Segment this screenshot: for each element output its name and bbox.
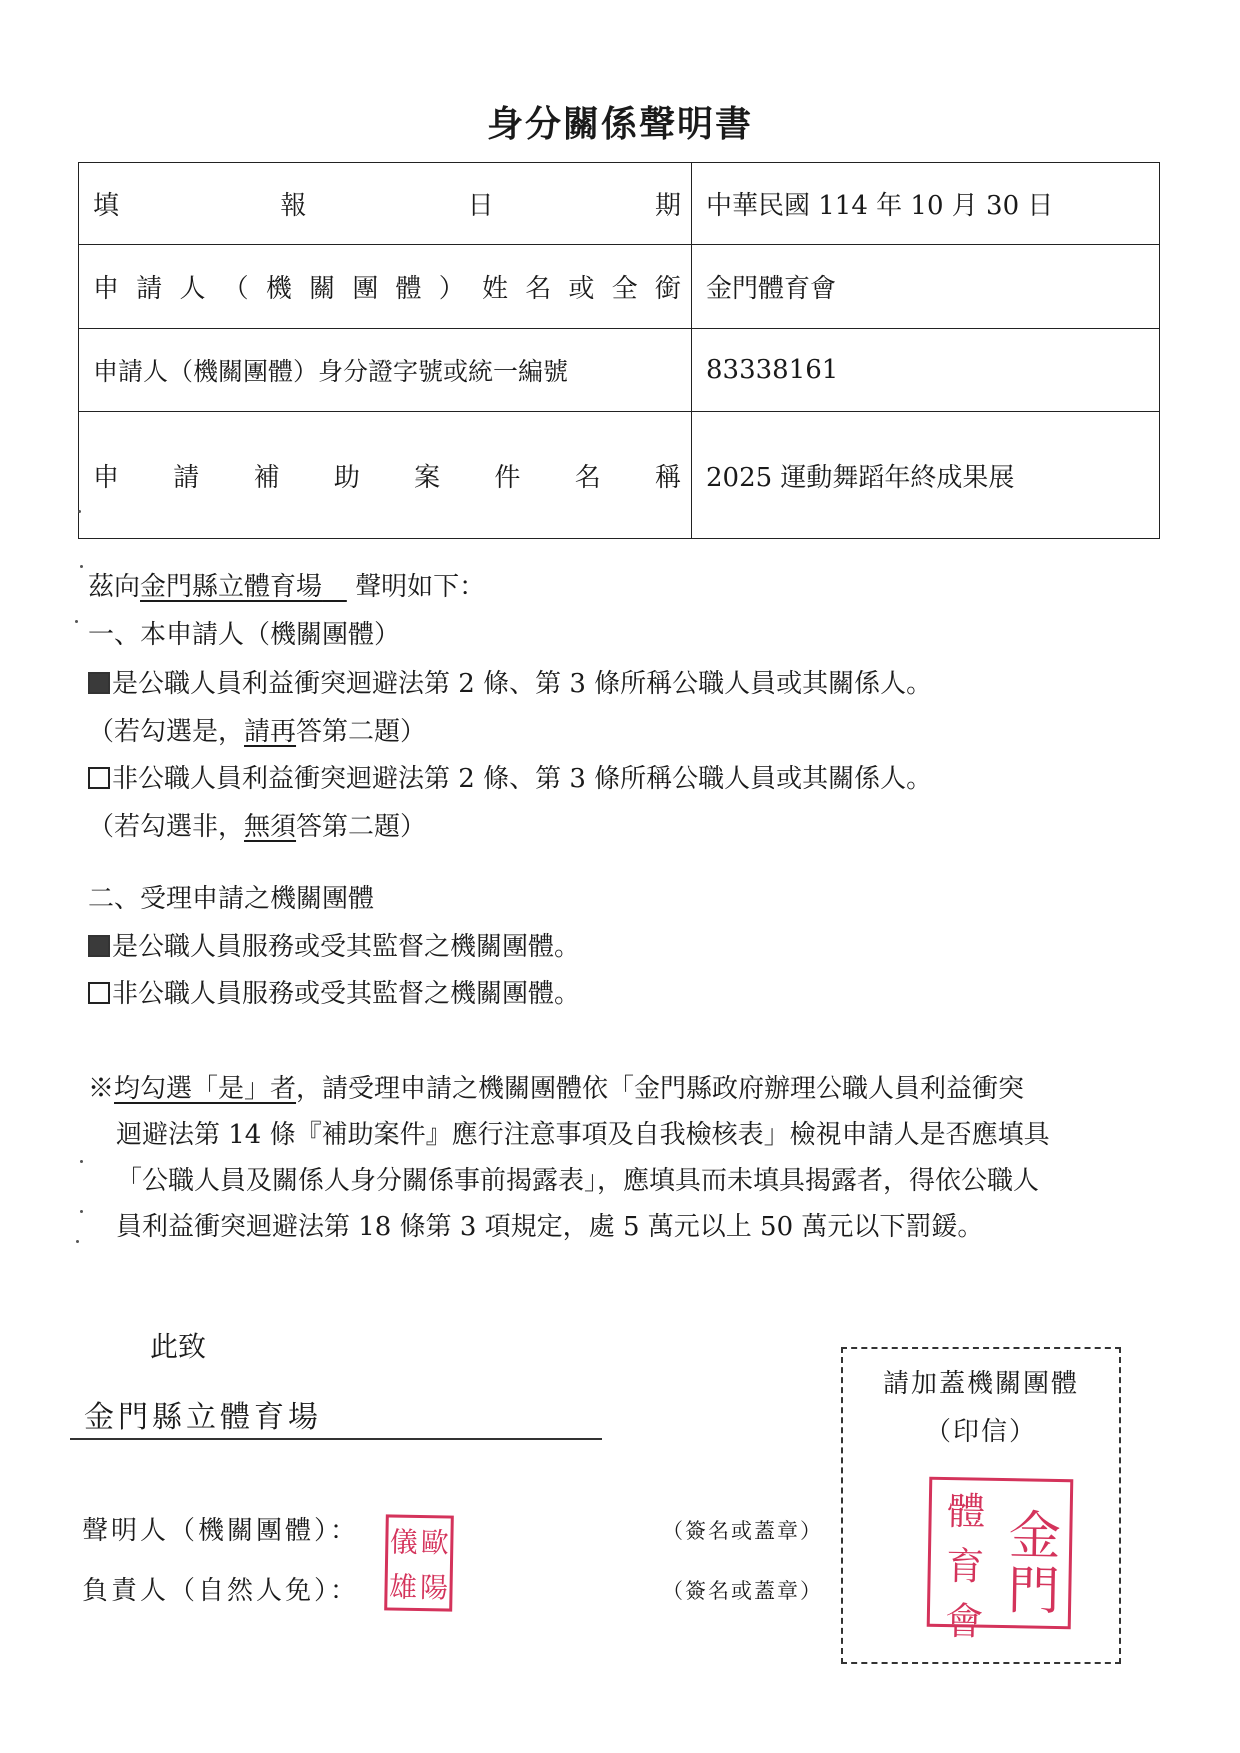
organization-seal-stamp: 體 育 會 金 門	[927, 1477, 1074, 1629]
table-row-applicant-name: 申 請 人 （ 機 關 團 體 ） 姓 名 或 全 銜 金門體育會	[79, 245, 1160, 329]
scan-artifact	[76, 1240, 79, 1243]
checkbox-unchecked-icon[interactable]	[88, 767, 110, 789]
scan-artifact	[78, 510, 81, 513]
checkbox-unchecked-icon[interactable]	[88, 982, 110, 1004]
recipient-underline	[70, 1438, 602, 1440]
table-row-case-name: 申 請 補 助 案 件 名 稱 2025 運動舞蹈年終成果展	[79, 412, 1160, 539]
label-applicant-id: 申請人（機關團體）身分證字號或統一編號	[79, 329, 692, 412]
responsible-person-label: 負責人（自然人免）：	[82, 1570, 359, 1607]
checkbox-checked-icon[interactable]	[88, 935, 110, 957]
reference-mark-icon: ※	[88, 1074, 114, 1104]
label-case-name: 申 請 補 助 案 件 名 稱	[79, 412, 692, 539]
checkbox-checked-icon[interactable]	[88, 672, 110, 694]
intro-line: 茲向金門縣立體育場 聲明如下：	[88, 566, 485, 603]
case-name-value[interactable]: 2025 運動舞蹈年終成果展	[692, 412, 1160, 539]
scan-artifact	[80, 1210, 83, 1213]
declarant-label: 聲明人（機關團體）：	[82, 1510, 359, 1547]
section1-option-yes: 是公職人員利益衝突迴避法第 2 條、第 3 條所稱公職人員或其關係人。	[88, 663, 932, 700]
section2-option-yes: 是公職人員服務或受其監督之機關團體。	[88, 926, 580, 963]
label-fill-date: 填 報 日 期	[79, 163, 692, 245]
fill-date-value[interactable]: 中華民國 114 年 10 月 30 日	[692, 163, 1160, 245]
personal-seal-stamp: 儀 歐 雄 陽	[384, 1514, 454, 1611]
section1-option-no: 非公職人員利益衝突迴避法第 2 條、第 3 條所稱公職人員或其關係人。	[88, 758, 932, 795]
applicant-id-value[interactable]: 83338161	[692, 329, 1160, 412]
scan-artifact	[75, 620, 78, 623]
applicant-name-value[interactable]: 金門體育會	[692, 245, 1160, 329]
section1-heading: 一、本申請人（機關團體）	[88, 614, 400, 651]
declarant-sign-note: （簽名或蓋章）	[662, 1515, 823, 1545]
penalty-note: ※均勾選「是」者，請受理申請之機關團體依「金門縣政府辦理公職人員利益衝突 迴避法…	[88, 1066, 1168, 1250]
recipient-name: 金門縣立體育場	[84, 1392, 322, 1436]
section2-heading: 二、受理申請之機關團體	[88, 878, 374, 915]
table-row-applicant-id: 申請人（機關團體）身分證字號或統一編號 83338161	[79, 329, 1160, 412]
scan-artifact	[80, 1160, 83, 1163]
section2-option-no: 非公職人員服務或受其監督之機關團體。	[88, 973, 580, 1010]
stamp-instruction-sub: （印信）	[843, 1411, 1119, 1448]
intro-agency: 金門縣立體育場	[140, 572, 322, 602]
scan-artifact	[80, 565, 83, 568]
table-row-fill-date: 填 報 日 期 中華民國 114 年 10 月 30 日	[79, 163, 1160, 245]
section1-hint-yes: （若勾選是，請再答第二題）	[88, 711, 426, 748]
stamp-instruction: 請加蓋機關團體	[843, 1363, 1119, 1400]
section1-hint-no: （若勾選非，無須答第二題）	[88, 806, 426, 843]
document-title: 身分關係聲明書	[0, 96, 1240, 147]
declaration-form-table: 填 報 日 期 中華民國 114 年 10 月 30 日 申 請 人 （ 機 關…	[78, 162, 1160, 539]
responsible-sign-note: （簽名或蓋章）	[662, 1575, 823, 1605]
closing-salutation: 此致	[150, 1325, 206, 1365]
label-applicant-name: 申 請 人 （ 機 關 團 體 ） 姓 名 或 全 銜	[79, 245, 692, 329]
